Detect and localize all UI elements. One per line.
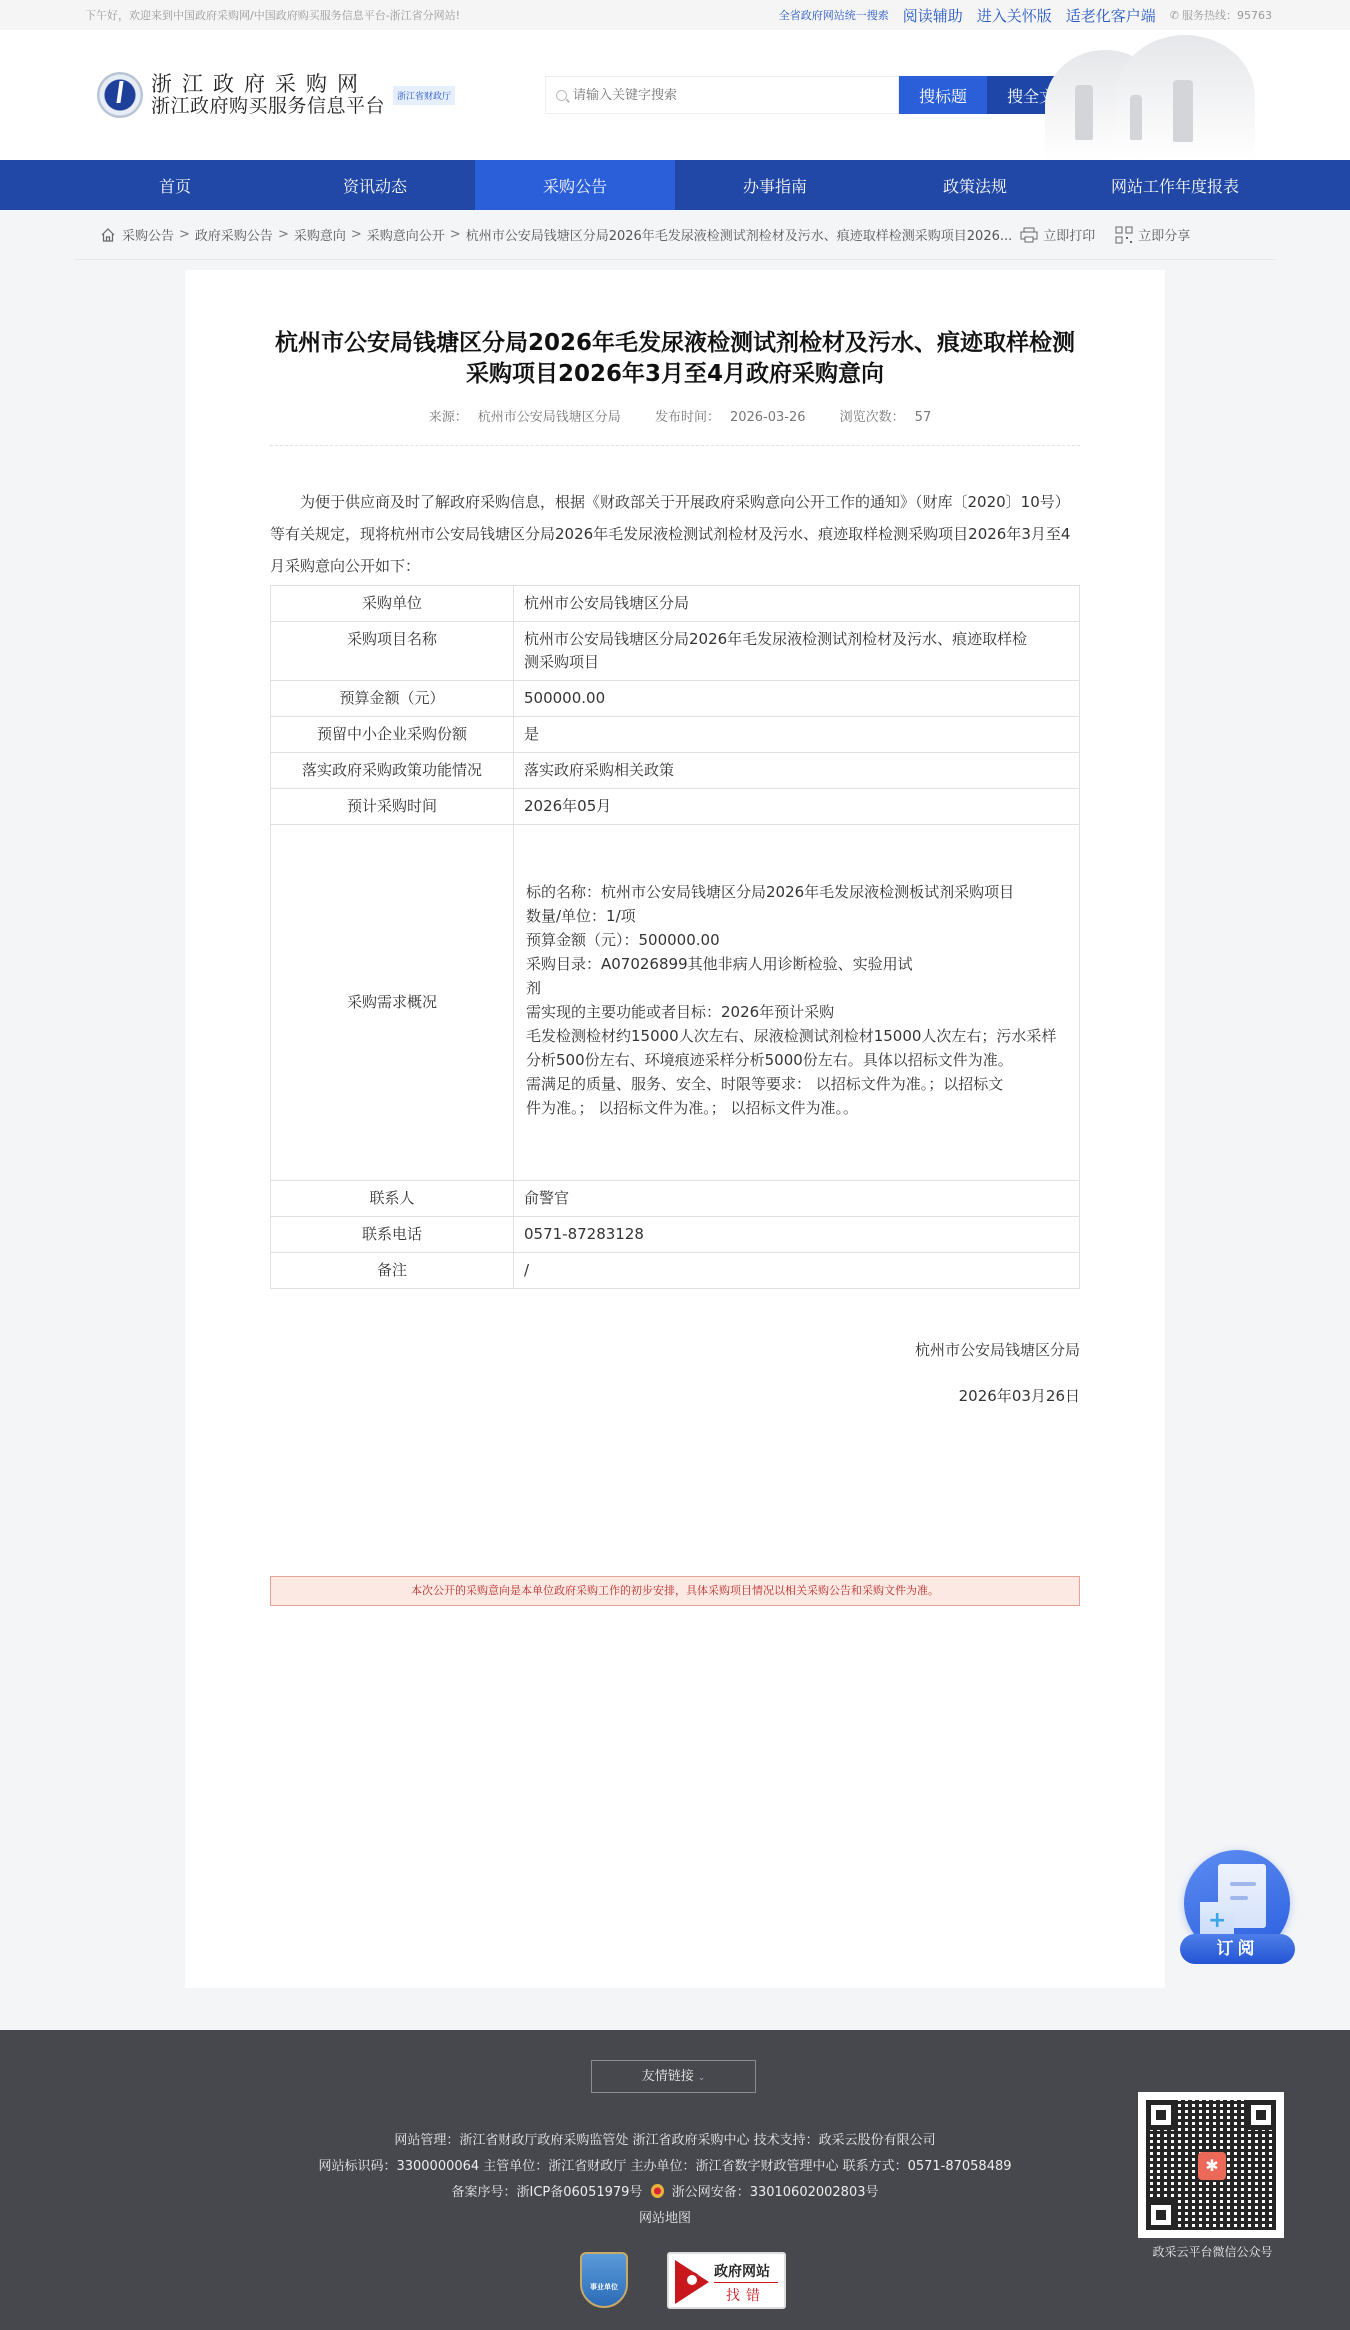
article-meta: 来源：杭州市公安局钱塘区分局 发布时间：2026-03-26 浏览次数：57 (270, 406, 1080, 425)
logo-badge: 浙江省财政厅 (393, 86, 455, 105)
table-row-requirement: 采购需求概况 标的名称：杭州市公安局钱塘区分局2026年毛发尿液检测板试剂采购项… (271, 825, 1080, 1181)
breadcrumb: 采购公告> 政府采购公告> 采购意向> 采购意向公开> 杭州市公安局钱塘区分局2… (75, 210, 1275, 260)
print-button[interactable]: 立即打印 (1020, 225, 1095, 244)
care-mode-link[interactable]: 进入关怀版 (977, 5, 1052, 26)
qrcode-icon (1115, 226, 1133, 244)
row-value: 是 (514, 717, 1080, 753)
search-title-button[interactable]: 搜标题 (899, 76, 987, 114)
friend-links-label: 友情链接 (642, 2069, 694, 2084)
breadcrumb-current: 杭州市公安局钱塘区分局2026年毛发尿液检测试剂检材及污水、痕迹取样检测采购项目… (466, 225, 1013, 244)
emblem-icon (97, 72, 143, 118)
requirement-details: 标的名称：杭州市公安局钱塘区分局2026年毛发尿液检测板试剂采购项目 数量/单位… (514, 825, 1080, 1181)
table-row: 采购项目名称 杭州市公安局钱塘区分局2026年毛发尿液检测试剂检材及污水、痕迹取… (271, 622, 1080, 681)
nav-policy[interactable]: 政策法规 (875, 160, 1075, 210)
logo-title: 浙江政府采购网 (151, 73, 385, 96)
row-value: 落实政府采购相关政策 (514, 753, 1080, 789)
printer-icon (1020, 227, 1038, 243)
req-line: 采购目录：A07026899其他非病人用诊断检验、实验用试 (526, 952, 1067, 976)
share-label: 立即分享 (1138, 225, 1190, 244)
row-value: 0571-87283128 (514, 1217, 1080, 1253)
row-value: 杭州市公安局钱塘区分局2026年毛发尿液检测试剂检材及污水、痕迹取样检测采购项目 (514, 622, 1080, 681)
table-row: 预留中小企业采购份额 是 (271, 717, 1080, 753)
site-logo[interactable]: 浙江政府采购网 浙江政府购买服务信息平台 浙江省财政厅 (97, 72, 455, 118)
nav-procurement-notice[interactable]: 采购公告 (475, 160, 675, 210)
top-bar: 下午好，欢迎来到中国政府采购网/中国政府购买服务信息平台-浙江省分网站! 全省政… (0, 0, 1350, 30)
home-icon[interactable] (100, 227, 116, 243)
breadcrumb-separator: > (179, 227, 190, 242)
breadcrumb-separator: > (351, 227, 362, 242)
row-value: 2026年05月 (514, 789, 1080, 825)
row-label: 预计采购时间 (271, 789, 514, 825)
qrcode-caption: 政采云平台微信公众号 (1120, 2243, 1305, 2260)
subscribe-button[interactable]: + 订阅 (1180, 1850, 1295, 1965)
views-count: 57 (915, 410, 932, 425)
req-line: 标的名称：杭州市公安局钱塘区分局2026年毛发尿液检测板试剂采购项目 (526, 880, 1067, 904)
breadcrumb-separator: > (278, 227, 289, 242)
breadcrumb-item[interactable]: 政府采购公告 (195, 225, 273, 244)
intent-table: 采购单位 杭州市公安局钱塘区分局 采购项目名称 杭州市公安局钱塘区分局2026年… (270, 585, 1080, 1289)
share-button[interactable]: 立即分享 (1115, 225, 1190, 244)
police-badge-icon (651, 2184, 664, 2198)
chevron-down-icon: ⌄ (698, 2073, 706, 2083)
signature-date: 2026年03月26日 (270, 1385, 1080, 1406)
row-label: 预算金额（元） (271, 681, 514, 717)
req-line: 需实现的主要功能或者目标：2026年预计采购 (526, 1000, 1067, 1024)
row-label: 采购项目名称 (271, 622, 514, 681)
nav-guide[interactable]: 办事指南 (675, 160, 875, 210)
police-record-link[interactable]: 浙公网安备：33010602002803号 (672, 2185, 879, 2200)
nav-home[interactable]: 首页 (75, 160, 275, 210)
friend-links-dropdown[interactable]: 友情链接⌄ (591, 2060, 756, 2093)
table-row: 落实政府采购政策功能情况 落实政府采购相关政策 (271, 753, 1080, 789)
hotline-text: 服务热线：95763 (1182, 7, 1272, 23)
table-row: 采购单位 杭州市公安局钱塘区分局 (271, 586, 1080, 622)
row-value: 杭州市公安局钱塘区分局 (514, 586, 1080, 622)
views-label: 浏览次数： (840, 410, 905, 425)
hotline: ✆ 服务热线：95763 (1170, 7, 1272, 23)
article-card: 杭州市公安局钱塘区分局2026年毛发尿液检测试剂检材及污水、痕迹取样检测采购项目… (185, 270, 1165, 1988)
row-value: 俞警官 (514, 1181, 1080, 1217)
row-value: 500000.00 (514, 681, 1080, 717)
main-nav: 首页 资讯动态 采购公告 办事指南 政策法规 网站工作年度报表 (0, 160, 1350, 210)
table-row: 预算金额（元） 500000.00 (271, 681, 1080, 717)
unified-search-link[interactable]: 全省政府网站统一搜索 (779, 7, 889, 23)
row-label: 采购需求概况 (271, 825, 514, 1181)
divider (270, 445, 1080, 446)
req-line: 需满足的质量、服务、安全、时限等要求： 以招标文件为准。；以招标文件为准。； 以… (526, 1072, 1067, 1120)
table-row: 预计采购时间 2026年05月 (271, 789, 1080, 825)
magnifier-icon (684, 2272, 700, 2288)
row-label: 联系电话 (271, 1217, 514, 1253)
search-input[interactable] (573, 88, 873, 103)
table-row: 备注 / (271, 1253, 1080, 1289)
row-label: 预留中小企业采购份额 (271, 717, 514, 753)
subscribe-label: 订阅 (1180, 1934, 1295, 1964)
req-line: 数量/单位：1/项 (526, 904, 1067, 928)
breadcrumb-item[interactable]: 采购意向 (294, 225, 346, 244)
signature-org: 杭州市公安局钱塘区分局 (270, 1339, 1080, 1360)
nav-news[interactable]: 资讯动态 (275, 160, 475, 210)
institution-badge[interactable]: 事业单位 (580, 2252, 628, 2308)
source-value: 杭州市公安局钱塘区分局 (478, 410, 621, 425)
search-bar: 搜标题 搜全文 (545, 76, 1075, 114)
institution-badge-label: 事业单位 (582, 2282, 626, 2292)
row-label: 采购单位 (271, 586, 514, 622)
breadcrumb-bar: 采购公告> 政府采购公告> 采购意向> 采购意向公开> 杭州市公安局钱塘区分局2… (0, 210, 1350, 260)
search-icon (556, 90, 567, 101)
row-label: 联系人 (271, 1181, 514, 1217)
scenery-illustration (1025, 30, 1255, 160)
table-row: 联系人 俞警官 (271, 1181, 1080, 1217)
req-line: 剂 (526, 976, 1067, 1000)
gov-site-error-report-badge[interactable]: 政府网站 找错 (667, 2252, 786, 2309)
findbug-line1: 政府网站 (714, 2261, 770, 2281)
row-value: / (514, 1253, 1080, 1289)
wechat-qrcode: ✱ (1138, 2092, 1284, 2238)
phone-icon: ✆ (1170, 9, 1179, 22)
icp-link[interactable]: 备案序号：浙ICP备06051979号 (452, 2185, 643, 2200)
req-line: 预算金额（元）：500000.00 (526, 928, 1067, 952)
reading-aid-link[interactable]: 阅读辅助 (903, 5, 963, 26)
welcome-text: 下午好，欢迎来到中国政府采购网/中国政府购买服务信息平台-浙江省分网站! (85, 7, 460, 23)
publish-label: 发布时间： (655, 410, 720, 425)
print-label: 立即打印 (1043, 225, 1095, 244)
source-label: 来源： (429, 410, 468, 425)
header: 浙江政府采购网 浙江政府购买服务信息平台 浙江省财政厅 搜标题 搜全文 (0, 30, 1350, 160)
publish-date: 2026-03-26 (730, 410, 806, 425)
nav-annual-report[interactable]: 网站工作年度报表 (1075, 160, 1275, 210)
article-title: 杭州市公安局钱塘区分局2026年毛发尿液检测试剂检材及污水、痕迹取样检测采购项目… (270, 270, 1080, 390)
logo-subtitle: 浙江政府购买服务信息平台 (151, 96, 385, 117)
row-label: 落实政府采购政策功能情况 (271, 753, 514, 789)
disclaimer-notice: 本次公开的采购意向是本单位政府采购工作的初步安排，具体采购项目情况以相关采购公告… (270, 1576, 1080, 1606)
row-label: 备注 (271, 1253, 514, 1289)
zcy-logo-icon: ✱ (1198, 2152, 1226, 2180)
table-row: 联系电话 0571-87283128 (271, 1217, 1080, 1253)
breadcrumb-separator: > (450, 227, 461, 242)
intro-paragraph: 为便于供应商及时了解政府采购信息，根据《财政部关于开展政府采购意向公开工作的通知… (270, 486, 1080, 582)
req-line: 毛发检测检材约15000人次左右、尿液检测试剂检材15000人次左右；污水采样分… (526, 1024, 1067, 1072)
findbug-line2: 找错 (726, 2285, 766, 2305)
elderly-client-link[interactable]: 适老化客户端 (1066, 5, 1156, 26)
breadcrumb-item[interactable]: 采购公告 (122, 225, 174, 244)
breadcrumb-item[interactable]: 采购意向公开 (367, 225, 445, 244)
